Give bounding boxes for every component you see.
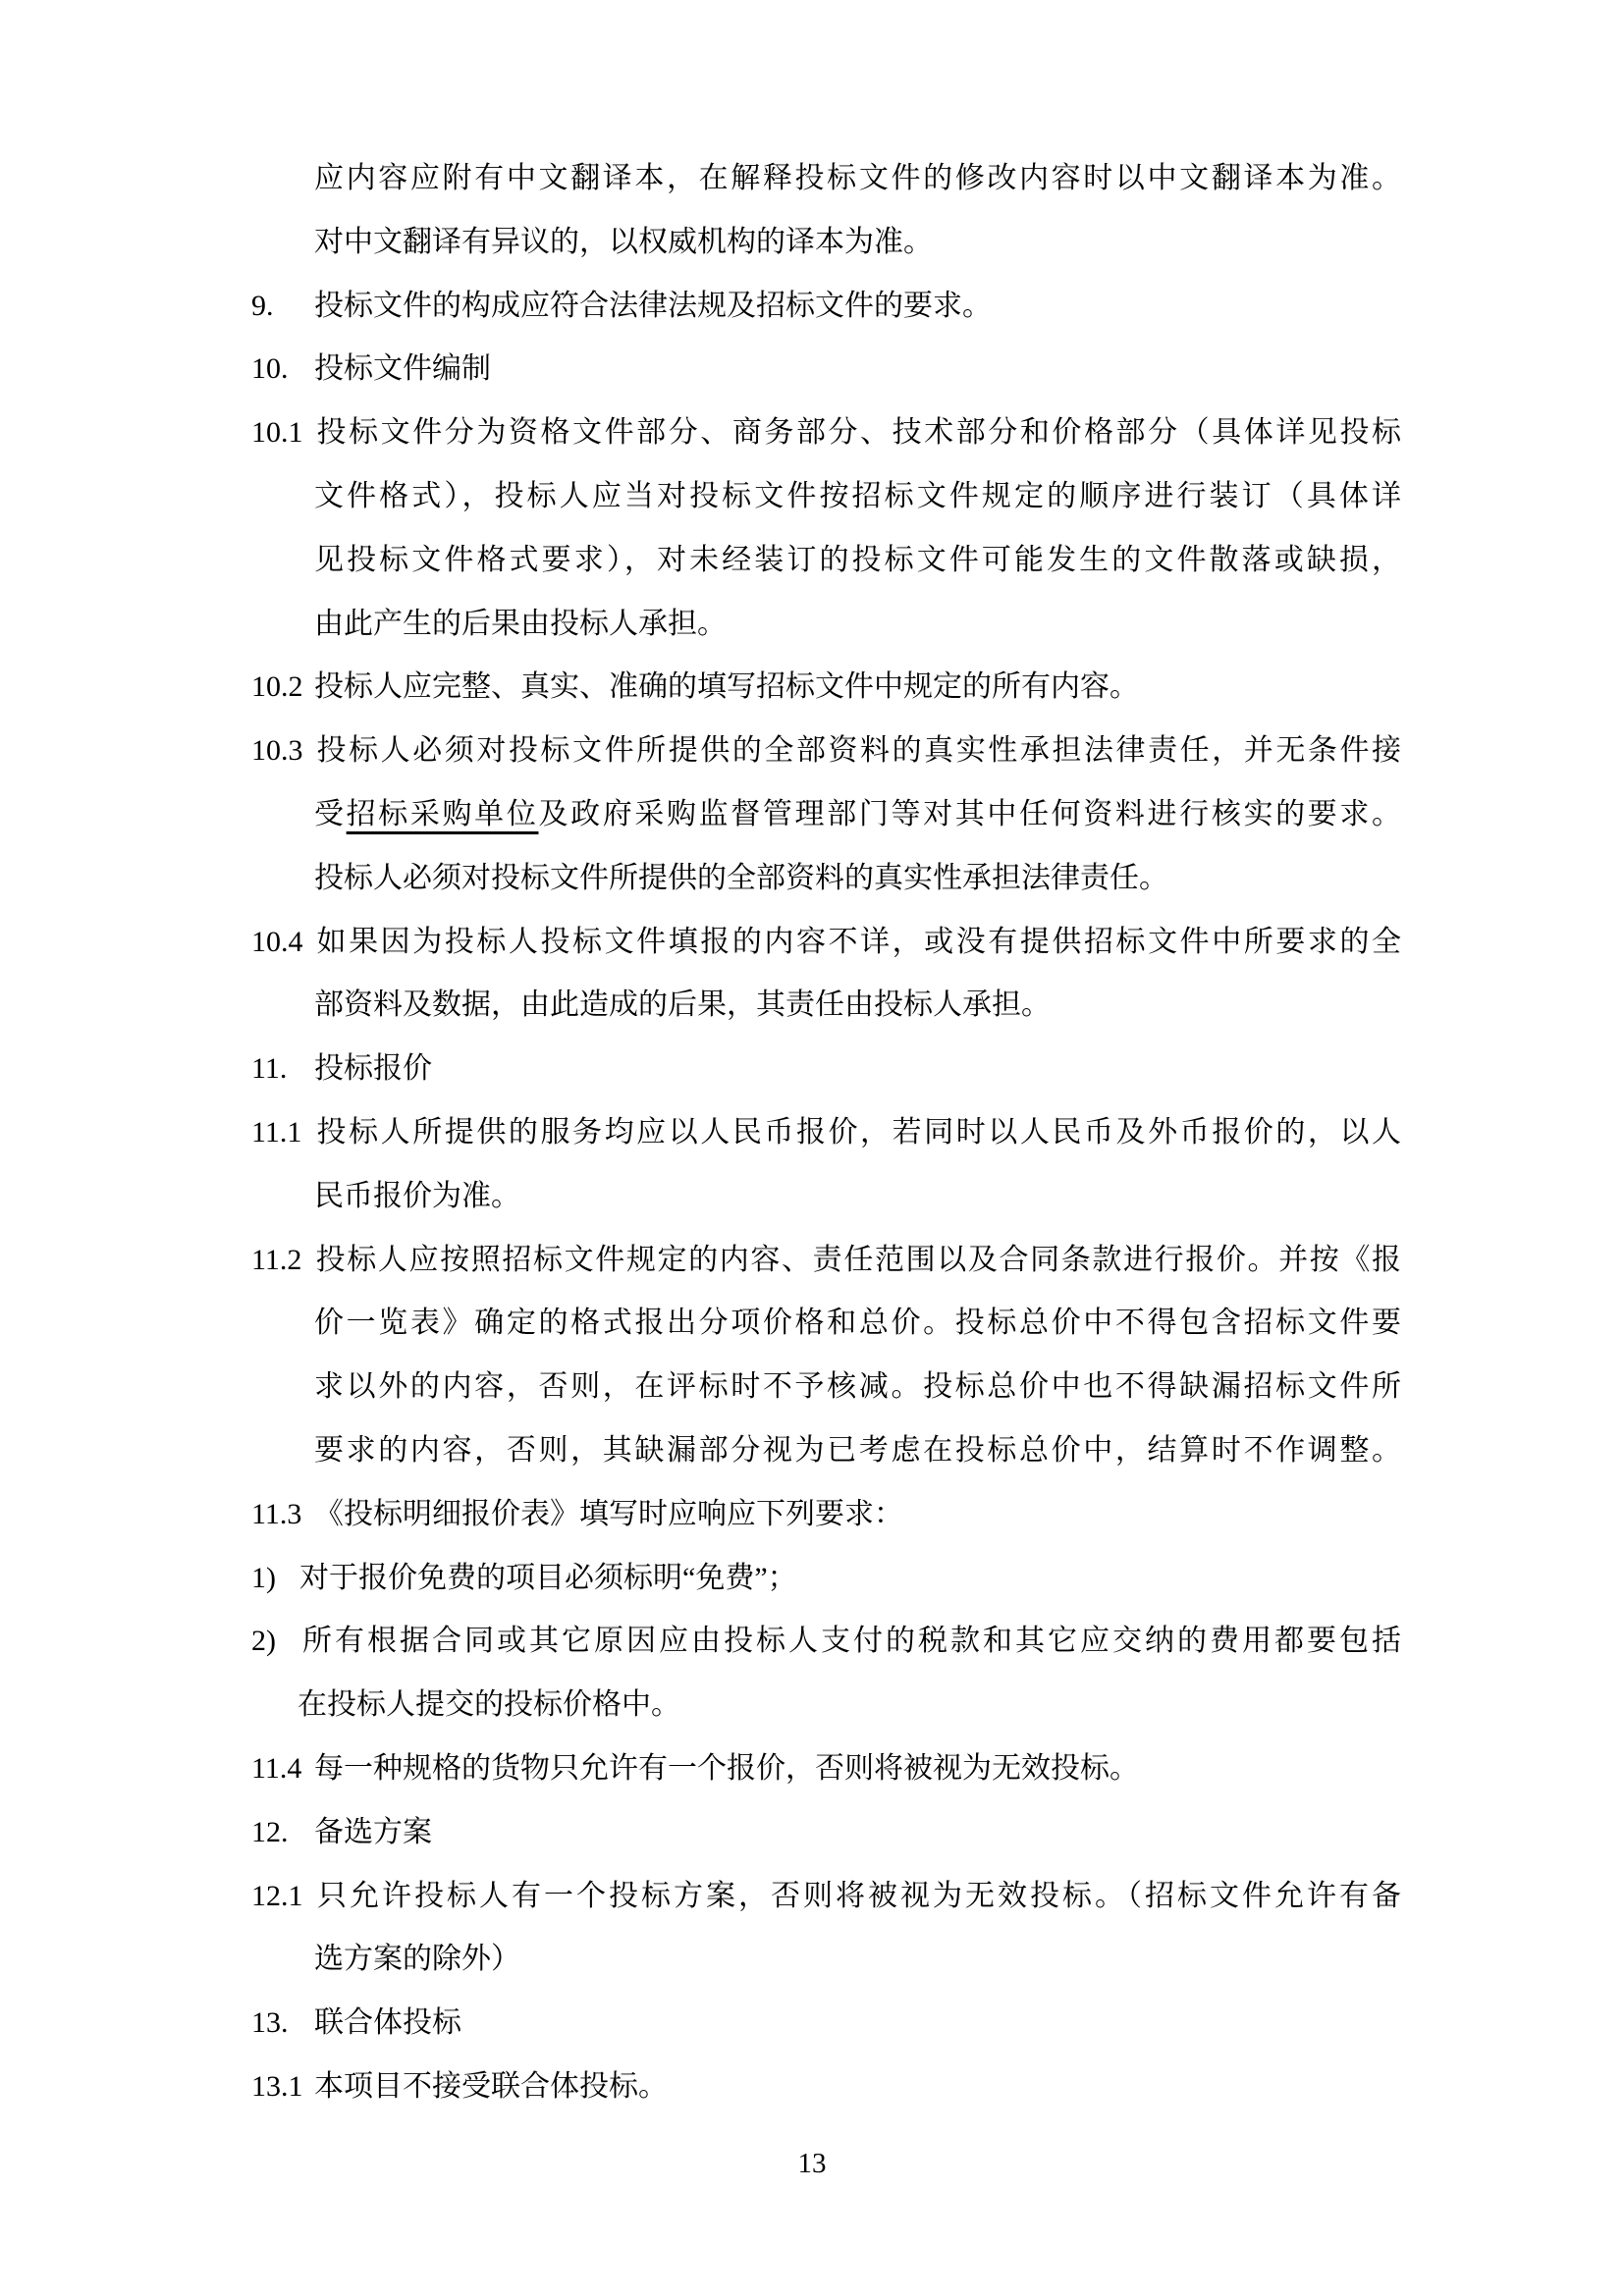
text-segment: 部资料及数据，由此造成的后果，其责任由投标人承担。: [314, 988, 1051, 1021]
text-line: 10.4如果因为投标人投标文件填报的内容不详，或没有提供招标文件中所要求的全: [251, 911, 1401, 975]
text-line: 11.3《投标明细报价表》填写时应响应下列要求：: [251, 1483, 1401, 1547]
clause-number: 1): [251, 1547, 299, 1611]
clause-number: 11.2: [251, 1229, 314, 1293]
text-line: 13.1本项目不接受联合体投标。: [251, 2056, 1401, 2119]
text-segment: 如果因为投标人投标文件填报的内容不详，或没有提供招标文件中所要求的全: [314, 926, 1401, 958]
text-segment: 所有根据合同或其它原因应由投标人支付的税款和其它应交纳的费用都要包括: [299, 1625, 1401, 1657]
document-body: 应内容应附有中文翻译本，在解释投标文件的修改内容时以中文翻译本为准。对中文翻译有…: [0, 147, 1624, 2119]
clause-number: 9.: [251, 275, 314, 339]
text-segment: 《投标明细报价表》填写时应响应下列要求：: [314, 1498, 903, 1530]
text-segment: 文件格式），投标人应当对投标文件按招标文件规定的顺序进行装订（具体详: [314, 480, 1401, 512]
text-line: 价一览表》确定的格式报出分项价格和总价。投标总价中不得包含招标文件要: [314, 1292, 1401, 1356]
text-segment: 投标文件分为资格文件部分、商务部分、技术部分和价格部分（具体详见投标: [314, 416, 1401, 449]
clause-number: 11.: [251, 1038, 314, 1101]
text-line: 选方案的除外）: [314, 1928, 1401, 1992]
text-line: 2)所有根据合同或其它原因应由投标人支付的税款和其它应交纳的费用都要包括: [251, 1610, 1401, 1674]
clause-number: 11.3: [251, 1483, 314, 1547]
text-segment: 在投标人提交的投标价格中。: [298, 1688, 680, 1721]
text-line: 10.3投标人必须对投标文件所提供的全部资料的真实性承担法律责任，并无条件接: [251, 720, 1401, 783]
clause-number: 10.2: [251, 656, 314, 720]
text-segment: 投标文件的构成应符合法律法规及招标文件的要求。: [314, 290, 992, 322]
text-line: 1)对于报价免费的项目必须标明“免费”；: [251, 1547, 1401, 1611]
clause-number: 11.4: [251, 1737, 314, 1801]
text-segment: 价一览表》确定的格式报出分项价格和总价。投标总价中不得包含招标文件要: [314, 1307, 1401, 1339]
text-line: 求以外的内容，否则，在评标时不予核减。投标总价中也不得缺漏招标文件所: [314, 1356, 1401, 1419]
text-segment: 选方案的除外）: [314, 1943, 520, 1975]
text-segment: 求以外的内容，否则，在评标时不予核减。投标总价中也不得缺漏招标文件所: [314, 1370, 1401, 1403]
clause-number: 11.1: [251, 1101, 314, 1165]
text-line: 11.4每一种规格的货物只允许有一个报价，否则将被视为无效投标。: [251, 1737, 1401, 1801]
text-segment: 及政府采购监督管理部门等对其中任何资料进行核实的要求。: [538, 798, 1401, 830]
text-segment: 投标人必须对投标文件所提供的全部资料的真实性承担法律责任，并无条件接: [314, 734, 1401, 767]
text-line: 11.2投标人应按照招标文件规定的内容、责任范围以及合同条款进行报价。并按《报: [251, 1229, 1401, 1293]
text-segment: 投标文件编制: [314, 352, 491, 385]
text-segment: 每一种规格的货物只允许有一个报价，否则将被视为无效投标。: [314, 1752, 1139, 1785]
text-segment: 见投标文件格式要求），对未经装订的投标文件可能发生的文件散落或缺损，: [314, 544, 1401, 576]
text-line: 11.投标报价: [251, 1038, 1401, 1101]
document-page: 应内容应附有中文翻译本，在解释投标文件的修改内容时以中文翻译本为准。对中文翻译有…: [0, 0, 1624, 2296]
clause-number: 10.4: [251, 911, 314, 975]
text-line: 由此产生的后果由投标人承担。: [314, 593, 1401, 657]
text-segment: 投标人应完整、真实、准确的填写招标文件中规定的所有内容。: [314, 670, 1139, 703]
text-line: 13.联合体投标: [251, 1992, 1401, 2056]
text-line: 应内容应附有中文翻译本，在解释投标文件的修改内容时以中文翻译本为准。: [314, 147, 1401, 211]
text-line: 9.投标文件的构成应符合法律法规及招标文件的要求。: [251, 275, 1401, 339]
text-line: 10.投标文件编制: [251, 338, 1401, 401]
text-segment: 要求的内容，否则，其缺漏部分视为已考虑在投标总价中，结算时不作调整。: [314, 1434, 1401, 1467]
clause-number: 2): [251, 1610, 299, 1674]
clause-number: 10.1: [251, 401, 314, 465]
clause-number: 10.: [251, 338, 314, 401]
text-line: 要求的内容，否则，其缺漏部分视为已考虑在投标总价中，结算时不作调整。: [314, 1419, 1401, 1483]
text-line: 受招标采购单位及政府采购监督管理部门等对其中任何资料进行核实的要求。: [314, 783, 1401, 847]
text-segment: 受: [314, 798, 347, 830]
text-segment: 对于报价免费的项目必须标明“免费”；: [299, 1562, 797, 1594]
text-line: 对中文翻译有异议的，以权威机构的译本为准。: [314, 211, 1401, 275]
clause-number: 12.1: [251, 1865, 314, 1929]
clause-number: 13.1: [251, 2056, 314, 2119]
text-line: 部资料及数据，由此造成的后果，其责任由投标人承担。: [314, 974, 1401, 1038]
text-line: 投标人必须对投标文件所提供的全部资料的真实性承担法律责任。: [314, 847, 1401, 911]
clause-number: 10.3: [251, 720, 314, 783]
text-segment: 联合体投标: [314, 2006, 461, 2039]
text-line: 民币报价为准。: [314, 1165, 1401, 1229]
text-line: 文件格式），投标人应当对投标文件按招标文件规定的顺序进行装订（具体详: [314, 465, 1401, 529]
clause-number: 13.: [251, 1992, 314, 2056]
clause-number: 12.: [251, 1801, 314, 1865]
text-line: 12.1只允许投标人有一个投标方案，否则将被视为无效投标。（招标文件允许有备: [251, 1865, 1401, 1929]
underlined-term: 招标采购单位: [347, 798, 539, 830]
text-segment: 投标人所提供的服务均应以人民币报价，若同时以人民币及外币报价的，以人: [314, 1116, 1401, 1148]
text-line: 10.1投标文件分为资格文件部分、商务部分、技术部分和价格部分（具体详见投标: [251, 401, 1401, 465]
text-segment: 对中文翻译有异议的，以权威机构的译本为准。: [314, 226, 933, 258]
text-line: 在投标人提交的投标价格中。: [298, 1674, 1401, 1737]
text-segment: 投标报价: [314, 1052, 432, 1085]
text-segment: 只允许投标人有一个投标方案，否则将被视为无效投标。（招标文件允许有备: [314, 1880, 1401, 1912]
text-segment: 本项目不接受联合体投标。: [314, 2070, 668, 2103]
text-line: 10.2投标人应完整、真实、准确的填写招标文件中规定的所有内容。: [251, 656, 1401, 720]
text-segment: 民币报价为准。: [314, 1180, 520, 1212]
text-segment: 投标人应按照招标文件规定的内容、责任范围以及合同条款进行报价。并按《报: [314, 1244, 1401, 1276]
text-segment: 投标人必须对投标文件所提供的全部资料的真实性承担法律责任。: [314, 862, 1168, 894]
text-segment: 应内容应附有中文翻译本，在解释投标文件的修改内容时以中文翻译本为准。: [314, 162, 1401, 194]
text-segment: 备选方案: [314, 1816, 432, 1848]
text-line: 见投标文件格式要求），对未经装订的投标文件可能发生的文件散落或缺损，: [314, 529, 1401, 593]
text-segment: 由此产生的后果由投标人承担。: [314, 608, 727, 640]
text-line: 12.备选方案: [251, 1801, 1401, 1865]
page-number: 13: [0, 2146, 1624, 2181]
text-line: 11.1投标人所提供的服务均应以人民币报价，若同时以人民币及外币报价的，以人: [251, 1101, 1401, 1165]
